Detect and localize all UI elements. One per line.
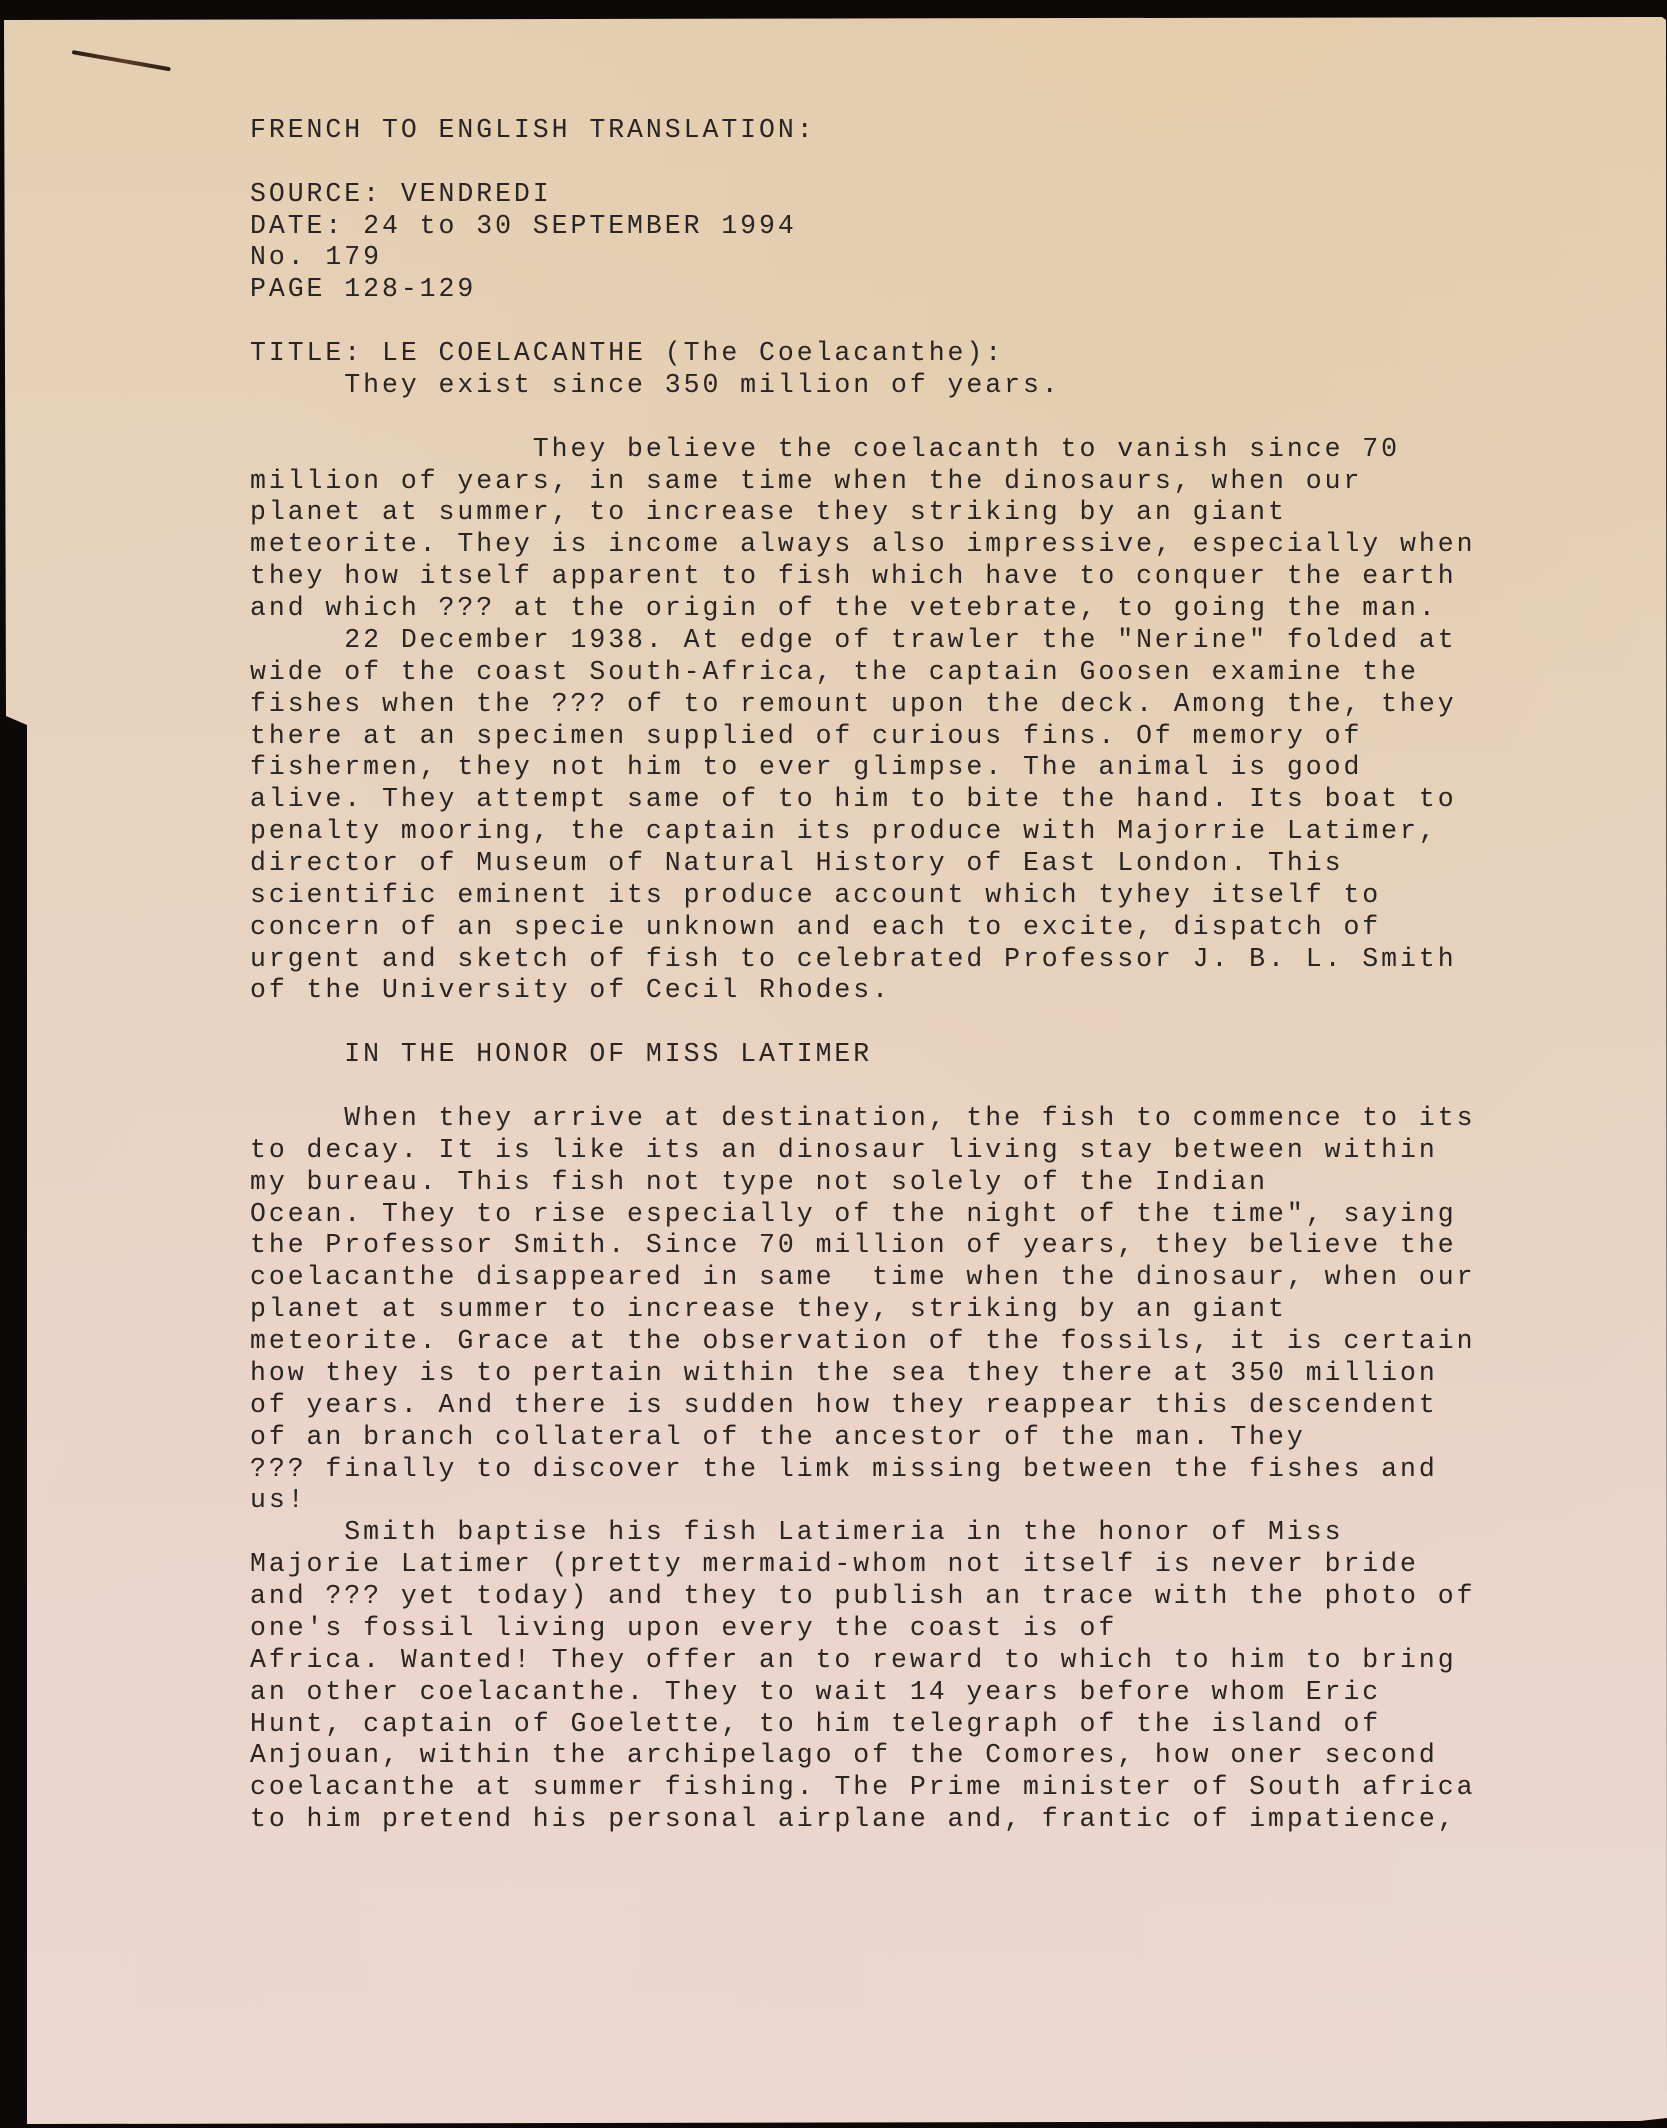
text-line: SOURCE: VENDREDI: [250, 178, 552, 210]
text-line: scientific eminent its produce account w…: [250, 879, 1381, 911]
text-line: of the University of Cecil Rhodes.: [250, 974, 891, 1006]
text-line: coelacanthe disappeared in same time whe…: [250, 1261, 1475, 1293]
text-line: Anjouan, within the archipelago of the C…: [250, 1739, 1438, 1771]
text-line: penalty mooring, the captain its produce…: [250, 815, 1438, 847]
text-line: to him pretend his personal airplane and…: [250, 1803, 1457, 1835]
text-line: director of Museum of Natural History of…: [250, 847, 1343, 879]
text-line: TITLE: LE COELACANTHE (The Coelacanthe):: [250, 337, 1004, 369]
text-line: Africa. Wanted! They offer an to reward …: [250, 1644, 1457, 1676]
text-line: planet at summer, to increase they strik…: [250, 496, 1287, 528]
text-line: how they is to pertain within the sea th…: [250, 1357, 1438, 1389]
text-line: alive. They attempt same of to him to bi…: [250, 783, 1457, 815]
text-line: Smith baptise his fish Latimeria in the …: [250, 1516, 1343, 1548]
text-line: us!: [250, 1484, 307, 1516]
text-line: planet at summer to increase they, strik…: [250, 1293, 1287, 1325]
text-line: When they arrive at destination, the fis…: [250, 1102, 1475, 1134]
text-line: one's fossil living upon every the coast…: [250, 1612, 1117, 1644]
text-line: They believe the coelacanth to vanish si…: [250, 433, 1400, 465]
text-line: concern of an specie unknown and each to…: [250, 911, 1381, 943]
text-line: meteorite. Grace at the observation of t…: [250, 1325, 1475, 1357]
text-line: an other coelacanthe. They to wait 14 ye…: [250, 1676, 1381, 1708]
text-line: and which ??? at the origin of the veteb…: [250, 592, 1438, 624]
text-line: of years. And there is sudden how they r…: [250, 1389, 1438, 1421]
text-line: and ??? yet today) and they to publish a…: [250, 1580, 1475, 1612]
text-line: IN THE HONOR OF MISS LATIMER: [250, 1038, 872, 1070]
text-line: urgent and sketch of fish to celebrated …: [250, 943, 1457, 975]
text-line: Majorie Latimer (pretty mermaid-whom not…: [250, 1548, 1419, 1580]
text-line: the Professor Smith. Since 70 million of…: [250, 1229, 1457, 1261]
text-line: DATE: 24 to 30 SEPTEMBER 1994: [250, 210, 797, 242]
text-line: wide of the coast South-Africa, the capt…: [250, 656, 1419, 688]
text-line: No. 179: [250, 241, 382, 273]
typed-translation-text: FRENCH TO ENGLISH TRANSLATION:SOURCE: VE…: [0, 0, 1667, 2128]
text-line: fishermen, they not him to ever glimpse.…: [250, 751, 1362, 783]
text-line: they how itself apparent to fish which h…: [250, 560, 1457, 592]
text-line: fishes when the ??? of to remount upon t…: [250, 688, 1457, 720]
text-line: meteorite. They is income always also im…: [250, 528, 1475, 560]
text-line: 22 December 1938. At edge of trawler the…: [250, 624, 1457, 656]
text-line: FRENCH TO ENGLISH TRANSLATION:: [250, 114, 816, 146]
text-line: ??? finally to discover the limk missing…: [250, 1453, 1438, 1485]
text-line: my bureau. This fish not type not solely…: [250, 1166, 1268, 1198]
text-line: there at an specimen supplied of curious…: [250, 720, 1362, 752]
text-line: million of years, in same time when the …: [250, 465, 1362, 497]
text-line: of an branch collateral of the ancestor …: [250, 1421, 1306, 1453]
text-line: They exist since 350 million of years.: [250, 369, 1061, 401]
text-line: coelacanthe at summer fishing. The Prime…: [250, 1771, 1475, 1803]
text-line: Hunt, captain of Goelette, to him telegr…: [250, 1708, 1381, 1740]
text-line: to decay. It is like its an dinosaur liv…: [250, 1134, 1438, 1166]
text-line: PAGE 128-129: [250, 273, 476, 305]
text-line: Ocean. They to rise especially of the ni…: [250, 1198, 1457, 1230]
